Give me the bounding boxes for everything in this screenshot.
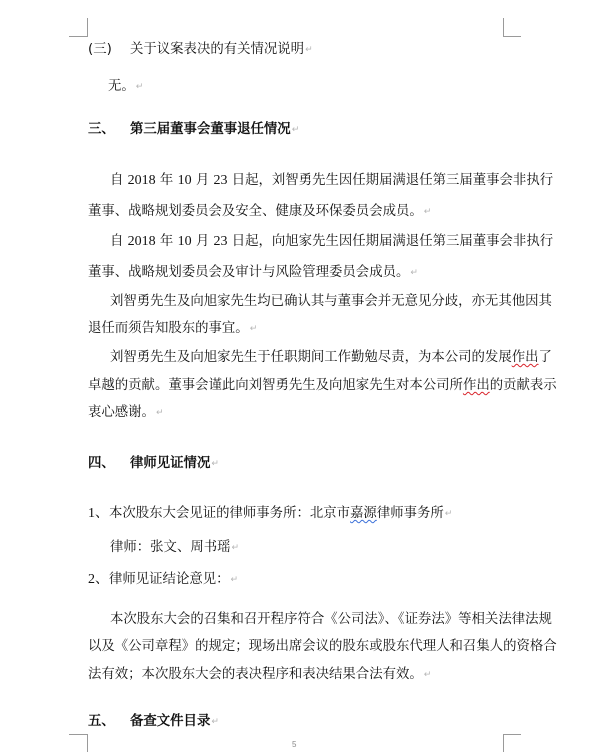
- paragraph-mark-icon: ↵: [424, 207, 432, 217]
- crop-mark-top-right-h: [503, 36, 521, 37]
- text-run: 以及《公司章程》的规定；现场出席会议的股东或股东代理人和召集人的资格合: [88, 639, 557, 654]
- text-run: 董事、战略规划委员会及安全、健康及环保委员会成员。: [88, 204, 423, 219]
- list-number: 1、: [88, 506, 109, 521]
- paragraph-mark-icon: ↵: [292, 125, 300, 135]
- text-run: 刘智勇先生及向旭家先生均已确认其与董事会并无意见分歧，亦无其他因其: [110, 294, 552, 309]
- subsection-heading-3[interactable]: (三) 关于议案表决的有关情况说明↵: [0, 42, 589, 58]
- spellcheck-flagged-text[interactable]: 作出: [512, 350, 539, 365]
- subsection-number: (三): [88, 42, 112, 58]
- crop-mark-bottom-right-h: [503, 734, 521, 735]
- page-number: 5: [292, 740, 296, 749]
- text-run: 自: [110, 173, 128, 188]
- day-number: 23: [213, 234, 227, 249]
- text-run: 年: [156, 173, 178, 188]
- paragraph-line[interactable]: 刘智勇先生及向旭家先生于任职期间工作勤勉尽责，为本公司的发展作出了: [110, 350, 502, 366]
- section-heading-5[interactable]: 五、 备查文件目录↵: [0, 714, 589, 730]
- text-run: 了: [539, 350, 552, 365]
- section-title: 备查文件目录↵: [130, 714, 219, 730]
- paragraph-mark-icon: ↵: [250, 324, 258, 334]
- crop-mark-bottom-left-h: [69, 734, 88, 735]
- text-run: 自: [110, 234, 128, 249]
- text-run: 衷心感谢。: [88, 405, 155, 420]
- paragraph-line[interactable]: 衷心感谢。↵: [88, 405, 164, 421]
- crop-mark-bottom-left-v: [87, 734, 88, 752]
- text-run: 日起，刘智勇先生因任期届满退任第三届董事会非执行: [227, 173, 553, 188]
- paragraph-line[interactable]: 刘智勇先生及向旭家先生均已确认其与董事会并无意见分歧，亦无其他因其: [110, 294, 502, 310]
- list-item-opinion[interactable]: 2、律师见证结论意见：↵: [88, 572, 238, 588]
- paragraph-line[interactable]: 卓越的贡献。董事会谨此向刘智勇先生及向旭家先生对本公司所作出的贡献表示: [88, 378, 502, 394]
- paragraph-line[interactable]: 以及《公司章程》的规定；现场出席会议的股东或股东代理人和召集人的资格合: [88, 639, 502, 655]
- paragraph-line[interactable]: 自 2018 年 10 月 23 日起，刘智勇先生因任期届满退任第三届董事会非执…: [110, 173, 502, 189]
- text-run: 年: [156, 234, 178, 249]
- year-number: 2018: [128, 173, 156, 188]
- body-text: 无。: [108, 79, 135, 94]
- grammar-flagged-text[interactable]: 嘉源: [350, 506, 377, 521]
- text-run: 法有效；本次股东大会的表决程序和表决结果合法有效。: [88, 667, 423, 682]
- subsection-title: 关于议案表决的有关情况说明↵: [130, 42, 313, 58]
- list-number: 2、: [88, 572, 109, 587]
- crop-mark-top-right-v: [503, 18, 504, 37]
- text-run: 日起，向旭家先生因任期届满退任第三届董事会非执行: [227, 234, 553, 249]
- paragraph-mark-icon: ↵: [445, 509, 453, 519]
- section-title: 第三届董事会董事退任情况↵: [130, 122, 299, 138]
- crop-mark-bottom-right-v: [503, 734, 504, 752]
- month-number: 10: [178, 234, 192, 249]
- text-run: 董事、战略规划委员会及审计与风险管理委员会成员。: [88, 265, 409, 280]
- paragraph-mark-icon: ↵: [424, 670, 432, 680]
- text-run: 本次股东大会的召集和召开程序符合《公司法》、《证券法》等相关法律法规: [110, 612, 552, 627]
- list-item-lawyers[interactable]: 律师：张文、周书瑶↵: [110, 540, 239, 556]
- paragraph-mark-icon: ↵: [136, 82, 144, 92]
- text-run: 的贡献表示: [490, 378, 557, 393]
- paragraph-line[interactable]: 退任而须告知股东的事宜。↵: [88, 321, 257, 337]
- document-page[interactable]: (三) 关于议案表决的有关情况说明↵ 无。↵ 三、 第三届董事会董事退任情况↵ …: [0, 0, 589, 752]
- paragraph-line[interactable]: 董事、战略规划委员会及安全、健康及环保委员会成员。↵: [88, 204, 431, 220]
- text-run: 本次股东大会见证的律师事务所：北京市: [109, 506, 350, 521]
- paragraph-mark-icon: ↵: [232, 543, 240, 553]
- subsection-body[interactable]: 无。↵: [108, 79, 143, 95]
- text-run: 律师见证结论意见：: [109, 572, 230, 587]
- section-number: 三、: [88, 122, 115, 138]
- text-run: 月: [192, 234, 214, 249]
- paragraph-mark-icon: ↵: [156, 408, 164, 418]
- paragraph-line[interactable]: 自 2018 年 10 月 23 日起，向旭家先生因任期届满退任第三届董事会非执…: [110, 234, 502, 250]
- paragraph-line[interactable]: 法有效；本次股东大会的表决程序和表决结果合法有效。↵: [88, 667, 431, 683]
- crop-mark-top-left-v: [87, 18, 88, 37]
- text-run: 月: [192, 173, 214, 188]
- section-number: 四、: [88, 456, 115, 472]
- section-number: 五、: [88, 714, 115, 730]
- text-run: 律师：张文、周书瑶: [110, 540, 231, 555]
- paragraph-line[interactable]: 董事、战略规划委员会及审计与风险管理委员会成员。↵: [88, 265, 418, 281]
- text-run: 刘智勇先生及向旭家先生于任职期间工作勤勉尽责，为本公司的发展: [110, 350, 512, 365]
- paragraph-line[interactable]: 本次股东大会的召集和召开程序符合《公司法》、《证券法》等相关法律法规: [110, 612, 502, 628]
- crop-mark-top-left-h: [69, 36, 88, 37]
- year-number: 2018: [128, 234, 156, 249]
- list-item-law-firm[interactable]: 1、本次股东大会见证的律师事务所：北京市嘉源律师事务所↵: [88, 506, 452, 522]
- day-number: 23: [213, 173, 227, 188]
- section-heading-3[interactable]: 三、 第三届董事会董事退任情况↵: [0, 122, 589, 138]
- text-run: 退任而须告知股东的事宜。: [88, 321, 249, 336]
- paragraph-mark-icon: ↵: [305, 45, 313, 55]
- spellcheck-flagged-text[interactable]: 作出: [463, 378, 490, 393]
- text-run: 卓越的贡献。董事会谨此向刘智勇先生及向旭家先生对本公司所: [88, 378, 463, 393]
- text-run: 律师事务所: [377, 506, 444, 521]
- paragraph-mark-icon: ↵: [211, 717, 219, 727]
- month-number: 10: [178, 173, 192, 188]
- paragraph-mark-icon: ↵: [211, 459, 219, 469]
- section-heading-4[interactable]: 四、 律师见证情况↵: [0, 456, 589, 472]
- section-title: 律师见证情况↵: [130, 456, 219, 472]
- paragraph-mark-icon: ↵: [410, 268, 418, 278]
- paragraph-mark-icon: ↵: [231, 575, 239, 585]
